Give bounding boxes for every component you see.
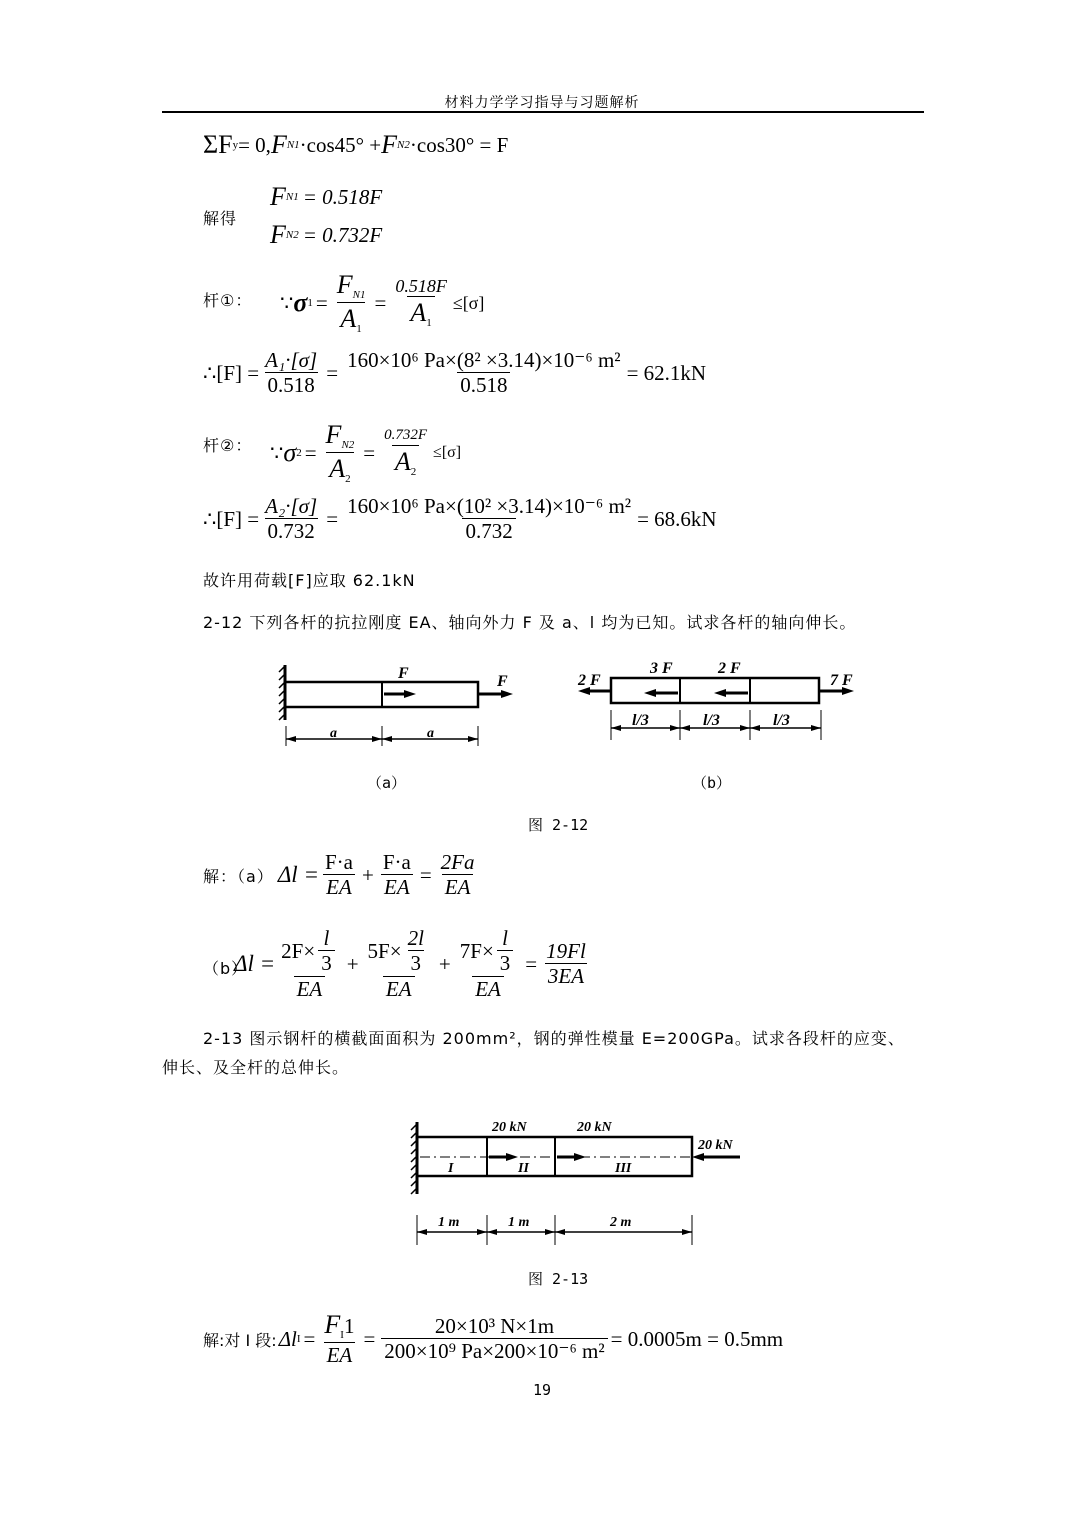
equation-rod2-stress: ∵ σ2 = FN2A2 = 0.732FA2 ≤[σ] bbox=[270, 420, 461, 486]
figure-2-12a-caption: （a） bbox=[367, 772, 406, 793]
figure-2-13-caption: 图 2-13 bbox=[528, 1268, 588, 1289]
equation-fn1-result: FN1 = 0.518F bbox=[270, 182, 382, 212]
page-number: 19 bbox=[0, 1381, 1084, 1399]
equation-rod2-allowable: ∴[F] = A₂·[σ]0.732 = 160×10⁶ Pa×(10² ×3.… bbox=[203, 494, 717, 544]
figure-2-12-caption: 图 2-12 bbox=[528, 814, 588, 835]
svg-text:1 m: 1 m bbox=[438, 1215, 460, 1230]
rod1-label: 杆①： bbox=[203, 288, 252, 311]
running-header: 材料力学学习指导与习题解析 bbox=[0, 92, 1084, 112]
equation-rod1-stress: ∵ σ1 = FN1A1 = 0.518FA1 ≤[σ] bbox=[280, 270, 484, 336]
svg-text:a: a bbox=[330, 726, 337, 741]
svg-text:7 F: 7 F bbox=[830, 672, 853, 689]
svg-text:2 F: 2 F bbox=[577, 672, 601, 689]
svg-text:F: F bbox=[496, 673, 508, 690]
equation-solution-segment-1: 解:对 I 段: ΔlI = FI1EA = 20×10³ N×1m200×10… bbox=[203, 1310, 783, 1368]
equation-sum-fy: ΣFy = 0, FN1 ·cos45° + FN2 ·cos30° = F bbox=[203, 130, 508, 160]
header-rule bbox=[162, 111, 924, 113]
rod2-label: 杆②： bbox=[203, 433, 252, 456]
equation-fn2-result: FN2 = 0.732F bbox=[270, 220, 382, 250]
figure-2-12a: F F a a bbox=[270, 660, 530, 750]
conclusion-text: 故许用荷载[F]应取 62.1kN bbox=[203, 568, 416, 591]
figure-2-12b-caption: （b） bbox=[692, 772, 731, 793]
figure-2-12b: 2 F 3 F 2 F 7 F l/3 l/3 l/3 bbox=[570, 655, 870, 745]
figure-2-13: 20 kN 20 kN 20 kN I II III 1 m 1 m 2 m bbox=[400, 1110, 760, 1255]
svg-text:F: F bbox=[397, 665, 409, 682]
problem-2-13-statement-line2: 伸长、及全杆的总伸长。 bbox=[162, 1055, 349, 1078]
solve-label: 解得 bbox=[203, 206, 237, 229]
svg-text:20 kN: 20 kN bbox=[491, 1120, 528, 1135]
equation-solution-b: Δl = 2F×l3EA + 5F×2l3EA + 7F×l3EA = 19Fl… bbox=[234, 926, 592, 1003]
svg-text:20 kN: 20 kN bbox=[576, 1120, 613, 1135]
svg-text:l/3: l/3 bbox=[773, 712, 790, 729]
svg-text:II: II bbox=[517, 1161, 529, 1176]
equation-rod1-allowable: ∴[F] = A₁·[σ]0.518 = 160×10⁶ Pa×(8² ×3.1… bbox=[203, 348, 706, 398]
svg-text:20 kN: 20 kN bbox=[697, 1138, 734, 1153]
svg-text:2 F: 2 F bbox=[717, 660, 741, 677]
svg-text:1 m: 1 m bbox=[508, 1215, 530, 1230]
svg-text:l/3: l/3 bbox=[703, 712, 720, 729]
svg-text:a: a bbox=[427, 726, 434, 741]
problem-2-13-statement-line1: 2-13 图示钢杆的横截面面积为 200mm²，钢的弹性模量 E=200GPa。… bbox=[203, 1026, 905, 1049]
svg-text:I: I bbox=[447, 1161, 454, 1176]
problem-2-12-statement: 2-12 下列各杆的抗拉刚度 EA、轴向外力 F 及 a、l 均为已知。试求各杆… bbox=[203, 610, 856, 633]
svg-text:III: III bbox=[614, 1161, 632, 1176]
equation-solution-a: 解：（a） Δl = F·aEA + F·aEA = 2FaEA bbox=[203, 850, 481, 900]
svg-text:3 F: 3 F bbox=[649, 660, 673, 677]
svg-text:l/3: l/3 bbox=[632, 712, 649, 729]
svg-text:2 m: 2 m bbox=[609, 1215, 632, 1230]
